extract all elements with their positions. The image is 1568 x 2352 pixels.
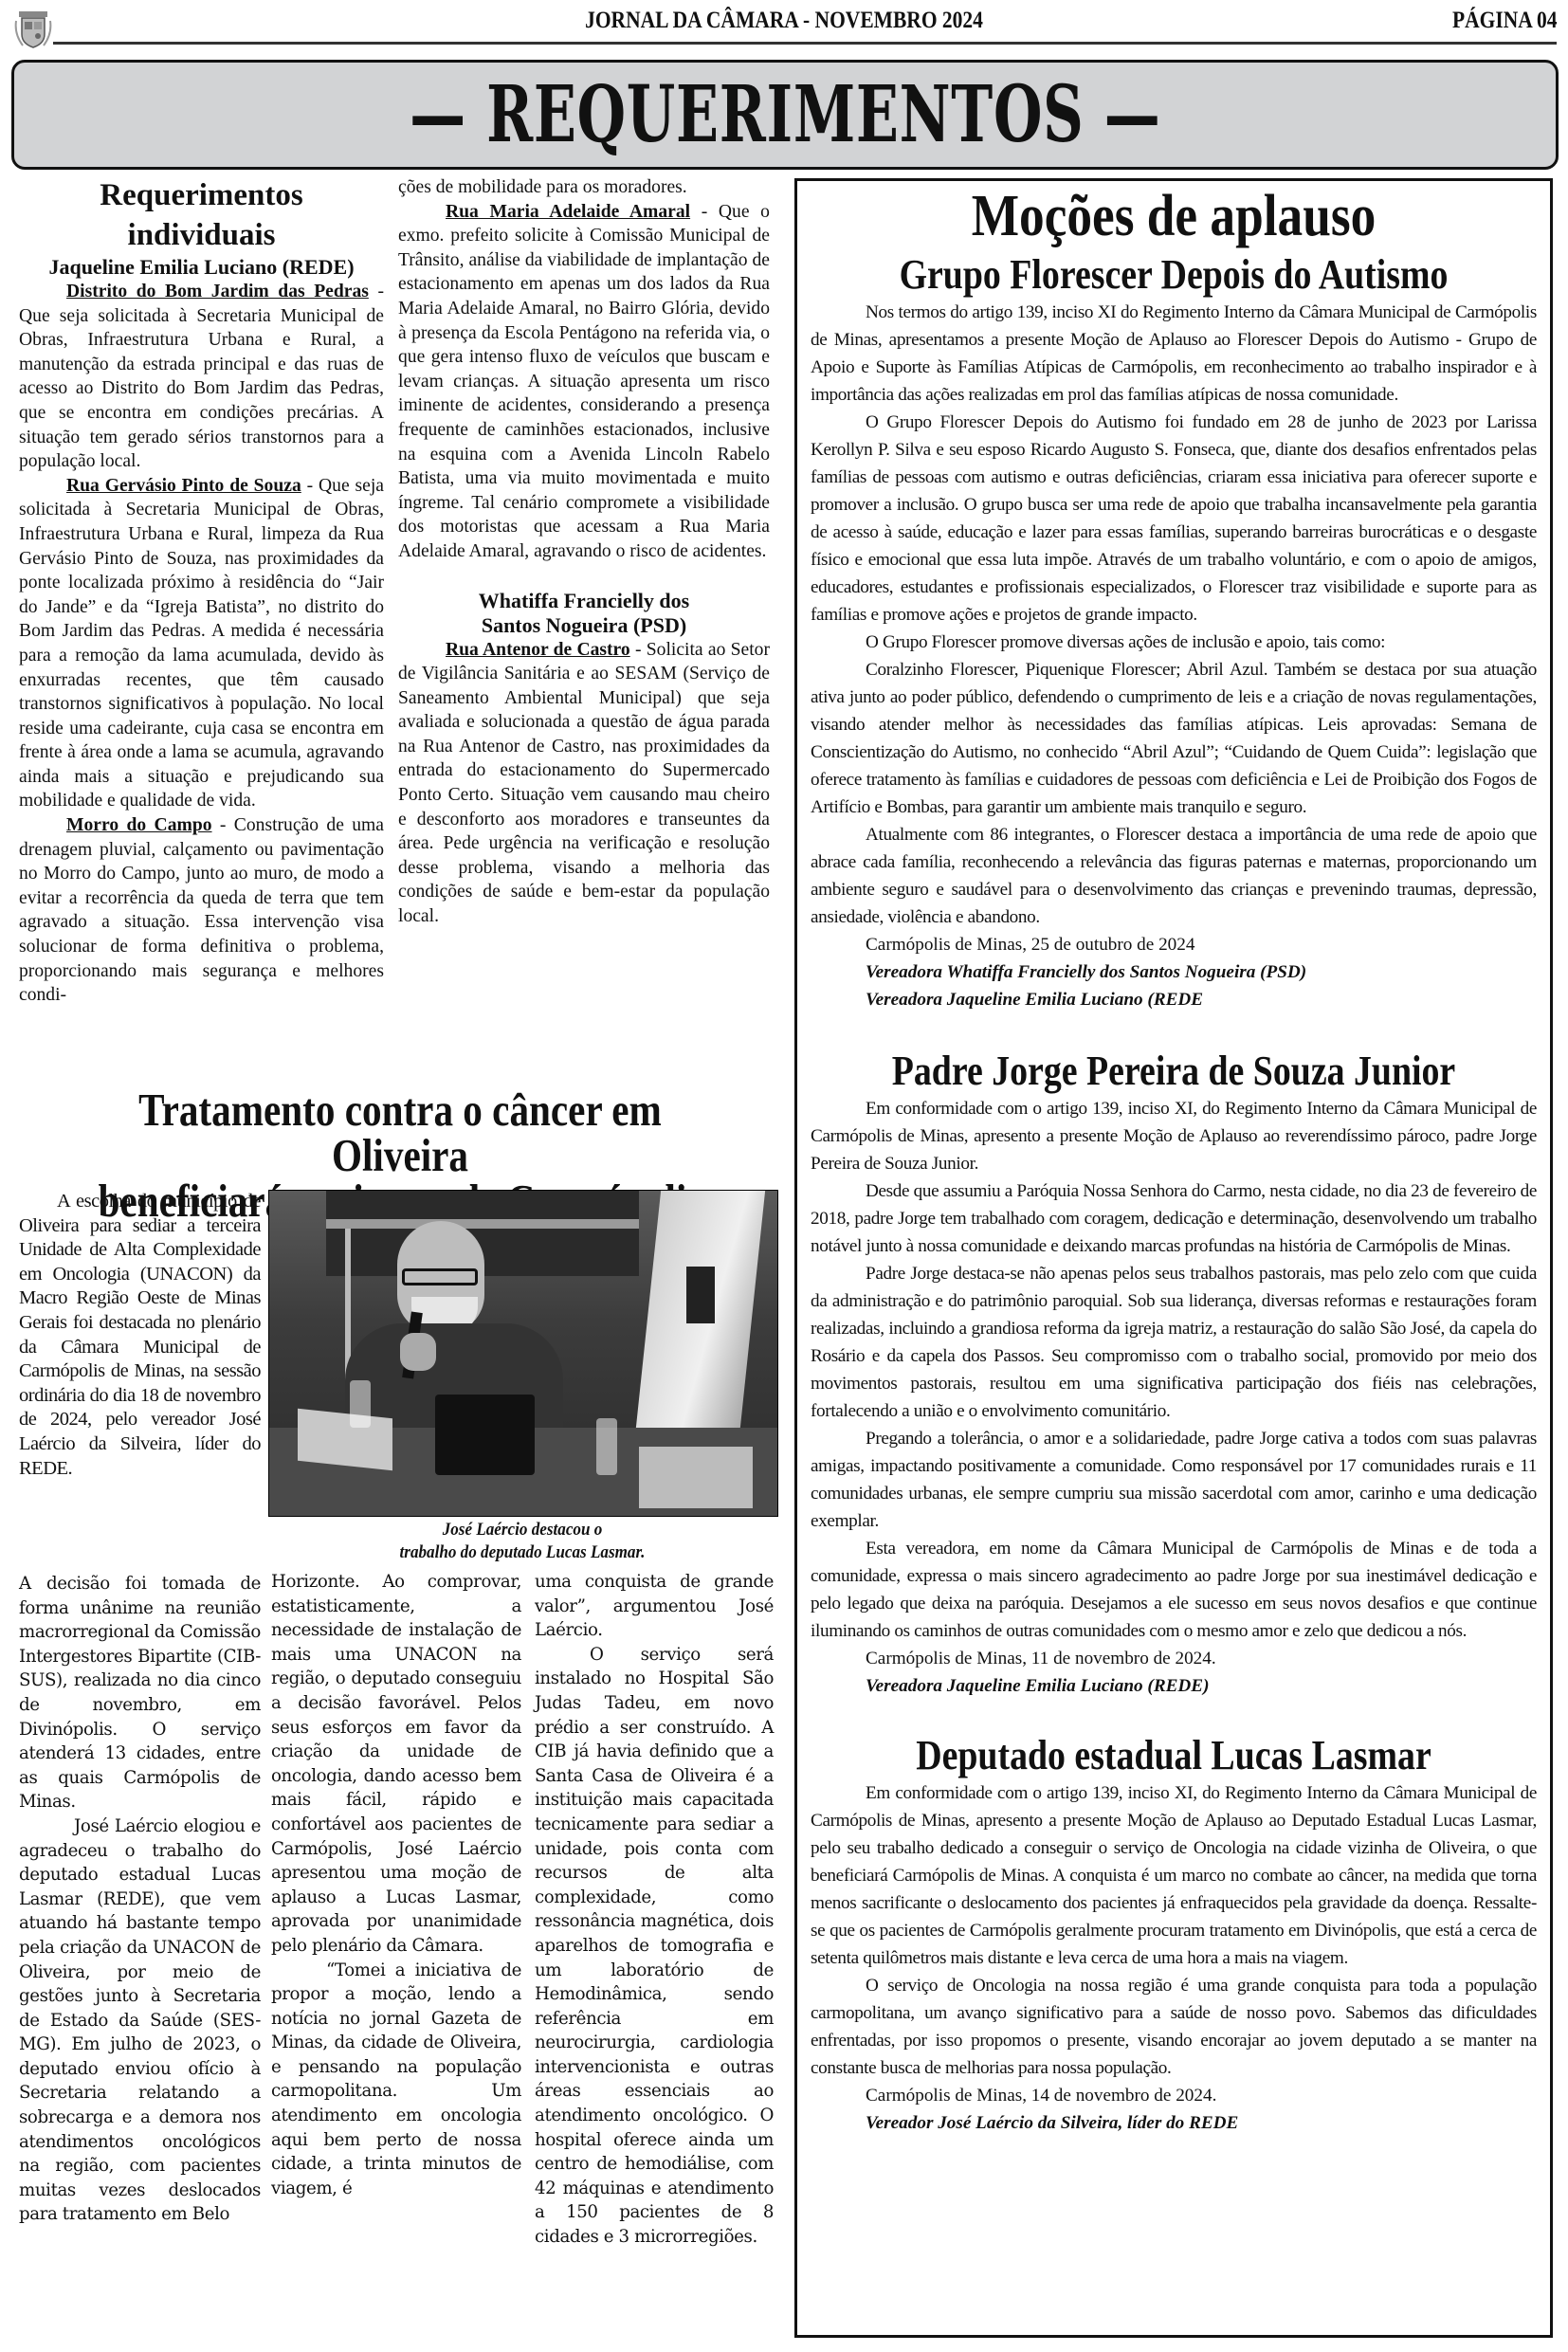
mocoes-heading: Moções de aplauso [862,187,1486,246]
requerimento-item: Distrito do Bom Jardim das Pedras - Que … [19,280,384,474]
author-whatiffa: Whatiffa Francielly dos Santos Nogueira … [398,589,770,638]
author-jaqueline: Jaqueline Emilia Luciano (REDE) [19,255,384,280]
mocao-date: Carmópolis de Minas, 11 de novembro de 2… [811,1645,1537,1672]
mocao-signature: Vereadora Whatiffa Francielly dos Santos… [811,958,1537,986]
mocao-date: Carmópolis de Minas, 25 de outubro de 20… [811,931,1537,958]
requerimentos-left-column: Requerimentos individuais Jaqueline Emil… [19,175,384,1008]
article-column-2: Horizonte. Ao comprovar, estatisticament… [271,1570,521,2200]
mocao-signature: Vereadora Jaqueline Emilia Luciano (REDE… [811,1672,1537,1700]
mocoes-box: Moções de aplauso Grupo Florescer Depois… [794,178,1553,2338]
article-column-3: uma conquista de grande valor”, argument… [535,1570,774,2250]
requerimentos-middle-column: ções de mobilidade para os moradores. Ru… [398,175,770,929]
municipal-coat-of-arms-icon [13,9,53,49]
mocao-title-lasmar: Deputado estadual Lucas Lasmar [862,1732,1486,1779]
requerimento-item: Rua Antenor de Castro - Solicita ao Seto… [398,638,770,929]
photo-caption: José Laércio destacou o trabalho do depu… [294,1519,751,1564]
article-column-1: A escolha do município de Oliveira para … [19,1190,261,1481]
requerimento-item: Morro do Campo - Construção de uma drena… [19,813,384,1008]
mocao-title-florescer: Grupo Florescer Depois do Autismo [862,251,1486,299]
mocao-signature: Vereador José Laércio da Silveira, líder… [811,2109,1537,2137]
requerimento-item: Rua Gervásio Pinto de Souza - Que seja s… [19,474,384,813]
mocao-title-padre: Padre Jorge Pereira de Souza Junior [862,1048,1486,1095]
requerimento-item: Rua Maria Adelaide Amaral - Que o exmo. … [398,200,770,564]
mocao-signature: Vereadora Jaqueline Emilia Luciano (REDE [811,986,1537,1013]
page-number: PÁGINA 04 [1452,8,1557,34]
mocao-date: Carmópolis de Minas, 14 de novembro de 2… [811,2082,1537,2109]
header-rule [53,42,1557,45]
article-photo [268,1190,778,1517]
section-banner-title: — REQUERIMENTOS — [410,69,1160,160]
requerimentos-heading: Requerimentos individuais [19,175,384,255]
requerimento-continuation: ções de mobilidade para os moradores. [398,175,770,200]
section-banner: — REQUERIMENTOS — [11,60,1559,170]
article-column-1-continued: A decisão foi tomada de forma unânime na… [19,1572,261,2227]
newspaper-title: JORNAL DA CÂMARA - NOVEMBRO 2024 [110,8,1458,34]
